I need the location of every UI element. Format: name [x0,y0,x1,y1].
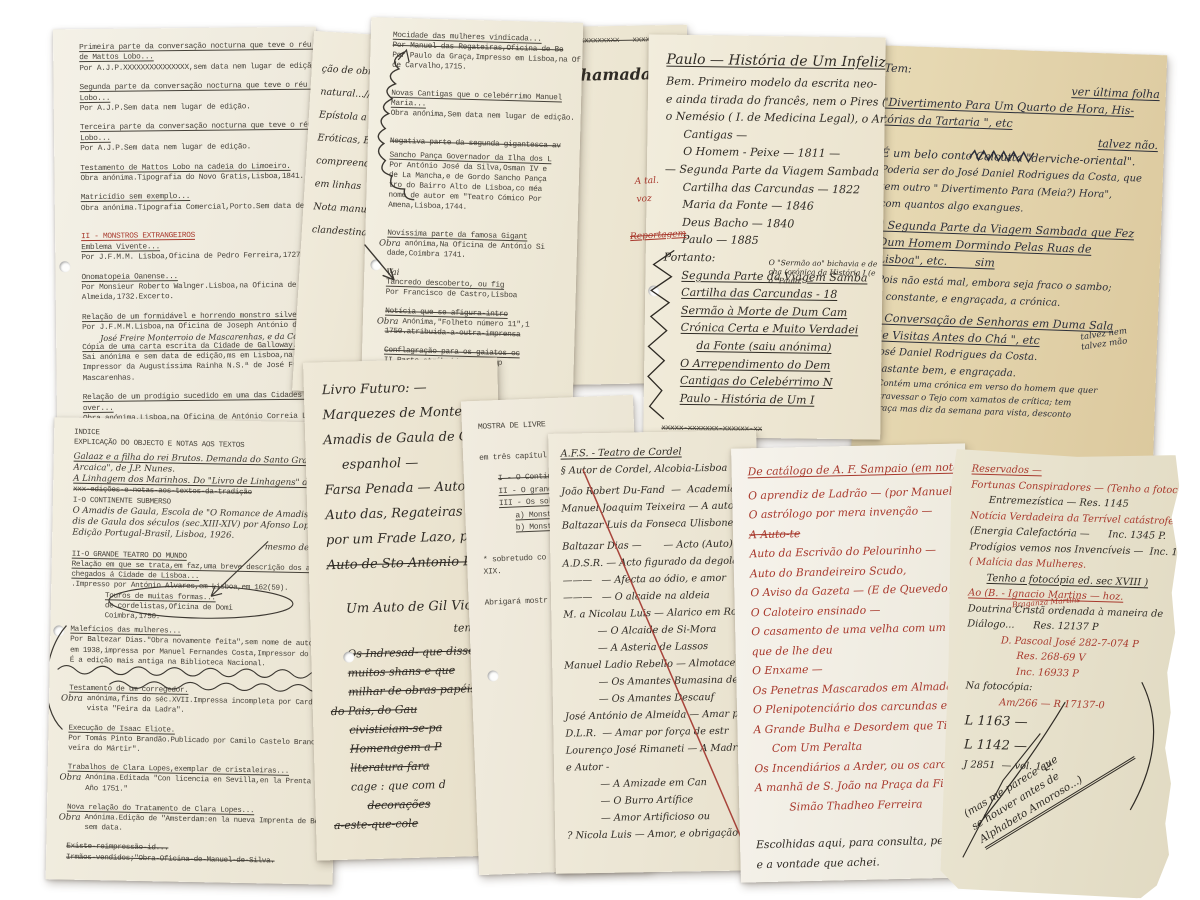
text-line: Lourenço José Rimaneti — A Madrid ou Tar… [566,739,760,759]
text-line: Obra [377,316,399,327]
text-line: e a vontade que achei. [756,850,972,874]
text-line: Paulo - História de Um I [662,389,879,410]
sheet-reservados-torn: Reservados —Fortunas Conspiradores — (Te… [940,449,1180,899]
text-line: — Os Amantes Bumasina des [564,671,758,691]
text-line: Obra [379,238,401,249]
text-line: Obra [61,694,83,705]
sheet-indice: INDICEEXPLICAÇÃO DO OBJECTO E NOTAS AOS … [46,417,342,884]
sheet-paulo-historia: Paulo — História de Um InfelizBem. Prime… [643,34,886,439]
punch-hole [59,261,70,272]
sheet-catalogo-sampaio: De catálogo de A. F. Sampaio (em notas d… [731,443,975,882]
text-line: Obra [59,813,81,824]
sheet-tem-divertimento: Tem:ver última folha"Divertimento Para U… [851,45,1167,473]
text-line: A.D.S.R. — Acto figurado da degola [562,552,756,572]
text-line: Obra [59,773,81,784]
margin-note-red: voz [636,194,652,205]
punch-hole [648,285,659,296]
text-line: Crónica Certa e Muito Verdadei [663,319,880,340]
text-line: José António de Almeida — Amar por força… [565,705,759,725]
text-line: M. a Nicolau Luis — Alarico em Roma [563,603,757,623]
text-line: Baltazar Luis da Fonseca Ulisbonense — [562,514,756,534]
margin-note: O "Sermão ao" bichavia e de cha (crónica… [768,258,880,287]
text-line: Paulo — História de Um Infeliz [666,47,883,76]
sheet-mocidade-mulheres: Mocidade das mulheres vindicada...Por Ma… [361,17,584,405]
margin-note-red: A tal. [635,176,660,187]
sheet-conversacao-nocturna: Primeira parte da conversação nocturna q… [53,27,320,428]
photo-of-manuscripts: xxxxxxxxxxxxxxxx xxxxxA Chamada Fi Prime… [0,0,1200,900]
text-line: § Autor de Cordel, Alcobia-Lisboa [561,459,755,479]
text-line: ? Nicola Luis — Amor, e obrigação [567,824,761,844]
